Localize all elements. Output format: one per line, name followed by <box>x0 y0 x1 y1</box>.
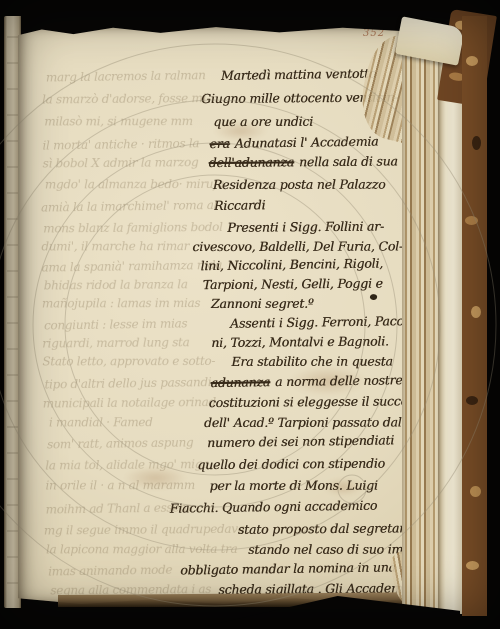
faded-text-segment: i mandial · Famed <box>49 415 153 429</box>
faded-text-segment: la mia tol, alidale mgo' miga <box>45 457 209 472</box>
struck-through-word: era <box>209 136 229 151</box>
manuscript-lines-layer: marg la lacremos la ralmanMartedì mattin… <box>15 24 416 605</box>
faded-text-segment: sì bobol X admir la marzog <box>43 155 199 170</box>
ink-text-segment: ni, Tozzi, Montalvi e Bagnoli. <box>211 333 389 350</box>
ink-text-segment: stato proposto dal segretario <box>238 520 416 537</box>
manuscript-line: municipali la notailage orinadcostituzio… <box>19 393 415 416</box>
ink-text-segment: Martedì mattina ventotto <box>221 66 376 83</box>
manuscript-line: moihm ad Thanl a essenzFiacchi. Quando o… <box>20 497 416 523</box>
faded-text-segment: marg la lacremos la ralman <box>46 68 206 84</box>
ink-text-segment: Zannoni segret.º <box>211 296 314 311</box>
faded-text-segment: la smarzò d'adorse, fosse mi <box>42 91 206 106</box>
faded-text-segment: la lapicona maggior alla volta tra <box>46 542 237 557</box>
faded-text-segment: municipali la notailage orinad <box>43 395 216 411</box>
faded-text-segment: milasò mi, si mugene mm <box>44 114 193 128</box>
manuscript-line: som' ratt, animos aspungnumero dei sei n… <box>19 432 415 458</box>
ink-text-segment: Presenti i Sigg. Follini ar- <box>227 219 384 235</box>
manuscript-line: Stato letto, approvato e sotto-Era stabi… <box>18 353 414 374</box>
ink-text-segment: eraAdunatasi l' Accademia <box>209 134 378 152</box>
ink-text-segment: que a ore undici <box>213 114 313 129</box>
faded-text-segment: congiunti : lesse im mias <box>44 316 187 332</box>
struck-through-word: adunanza <box>210 374 270 390</box>
faded-text-segment: in orile il · a n al maramm <box>45 478 194 492</box>
flyleaf-band <box>438 26 464 614</box>
faded-text-segment: dumi', il marche ha rimar <box>41 239 189 253</box>
faded-text-segment: Stato letto, approvato e sotto- <box>42 354 215 368</box>
ink-text-segment: Assenti i Sigg. Ferroni, Pacchia- <box>230 313 426 331</box>
ink-text-segment: numero dei sei non stipendiati <box>207 432 394 450</box>
manuscript-line: marg la lacremos la ralmanMartedì mattin… <box>16 65 412 91</box>
manuscript-page: 352 marg la lacremos la ralmanMartedì ma… <box>18 26 414 604</box>
faded-text-segment: ama la spanià' ramihamza mda <box>41 258 222 275</box>
faded-text-segment: imas animando mode <box>48 563 172 579</box>
faded-text-segment: mg il segue immo il quadrupedava <box>44 522 245 538</box>
ink-text-segment: dell'adunanzanella sala di sua <box>209 153 398 170</box>
ink-text-segment: dell' Acad.º Tarpioni passato dal <box>204 415 402 431</box>
manuscript-line: la mia tol, alidale mgo' migaquello dei … <box>19 455 415 478</box>
manuscript-line: mg il segue immo il quadrupedavastato pr… <box>20 520 416 543</box>
faded-text-segment: amià la la imarchimel' roma al <box>41 198 217 215</box>
faded-text-segment: il morta' antiche · ritmos la <box>42 136 199 152</box>
facing-page-text-specks <box>7 22 18 602</box>
marbled-cover-edge <box>462 16 487 616</box>
manuscript-line: in orile il · a n al marammper la morte … <box>19 477 415 498</box>
manuscript-photo: 352 marg la lacremos la ralmanMartedì ma… <box>0 0 500 629</box>
ink-text-segment: obbligato mandar la nomina in una <box>180 559 396 577</box>
faded-text-segment: mons blanz la famiglions bodol <box>43 220 223 236</box>
ink-text-segment: Tarpioni, Nesti, Gelli, Poggi e <box>203 276 383 293</box>
ink-text-segment: Riccardi <box>214 197 265 213</box>
faded-text-segment: mañojupila : lamas im mias <box>42 296 200 310</box>
faded-text-segment: riguardi, marrod lung sta <box>42 335 189 350</box>
ink-text-segment: Era stabilito che in questa <box>231 354 392 369</box>
struck-through-word: dell'adunanza <box>209 154 294 170</box>
ink-text-segment: lini, Niccolini, Bencini, Rigoli, <box>200 256 383 274</box>
manuscript-line: la smarzò d'adorse, fosse miGiugno mille… <box>16 89 412 112</box>
ink-text-segment: civescovo, Baldelli, Del Furia, Col- <box>192 239 403 255</box>
manuscript-line: amià la la imarchimel' roma alRiccardi <box>17 195 413 221</box>
ink-text-segment: Fiacchi. Quando ogni accademico <box>170 498 378 516</box>
faded-text-segment: mgdo' la almanza bedo· mirufa <box>45 177 224 191</box>
manuscript-line: mgdo' la almanza bedo· mirufaResidenza p… <box>17 176 413 197</box>
faded-text-segment: tipo d'altri dello jus passandi <box>44 375 211 391</box>
ink-text-segment: quello dei dodici con stipendio <box>197 456 385 473</box>
ink-text-segment: Residenza posta nel Palazzo <box>213 177 386 192</box>
faded-text-segment: bhidas ridod la branza la <box>44 277 188 292</box>
manuscript-line: sì bobol X admir la marzogdell'adunanzan… <box>17 153 413 176</box>
manuscript-line: milasò mi, si mugene mmque a ore undici <box>16 113 412 134</box>
ink-text-segment: adunanzaa norma delle nostre <box>210 372 402 390</box>
faded-text-segment: som' ratt, animos aspung <box>47 435 193 451</box>
ink-text-segment: per la morte di Mons. Luigi <box>209 478 377 493</box>
